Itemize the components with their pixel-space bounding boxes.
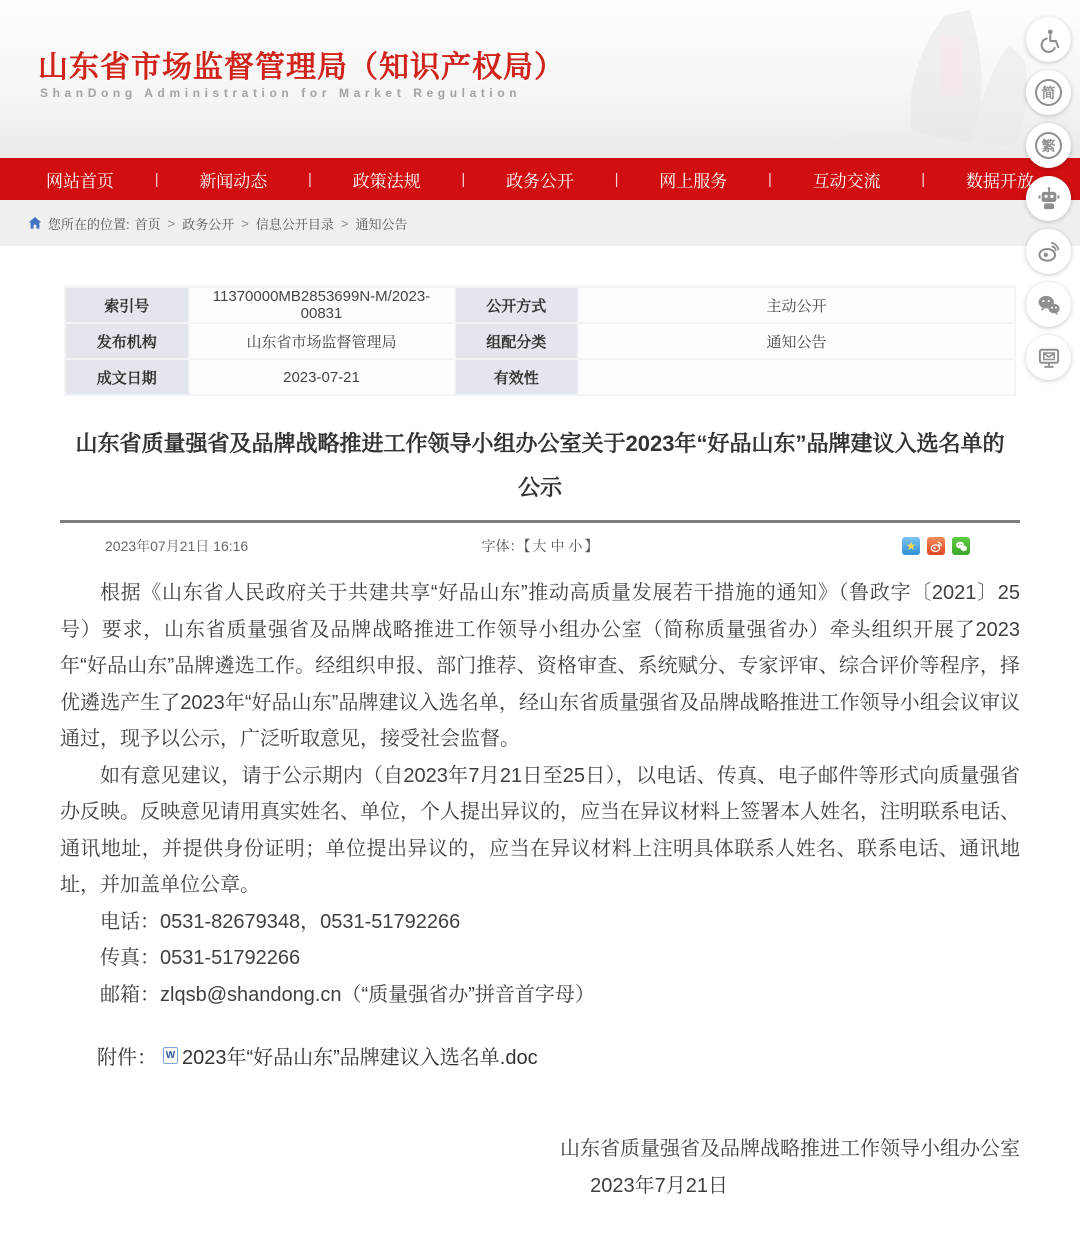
page-title: 山东省质量强省及品牌战略推进工作领导小组办公室关于2023年“好品山东”品牌建议… <box>60 422 1020 510</box>
info-value-index-no: 11370000MB2853699N-M/2023-00831 <box>189 287 455 323</box>
page-title-line2: 公示 <box>60 466 1020 510</box>
font-size-large-button[interactable]: 大 <box>533 538 547 554</box>
font-size-label: 字体： <box>482 538 524 554</box>
mail-feedback-button[interactable] <box>1026 335 1071 380</box>
info-label-issuer: 发布机构 <box>65 323 189 359</box>
bracket-right: 】 <box>585 538 599 554</box>
article-meta: 2023年07月21日 16:16 字体：【大中小】 ★ <box>60 523 1020 569</box>
contact-info: 电话：0531-82679348，0531-51792266 传真：0531-5… <box>60 904 1020 1014</box>
table-row: 成文日期 2023-07-21 有效性 <box>65 359 1015 395</box>
attachment-row: 附件： W 2023年“好品山东”品牌建议入选名单.doc <box>60 1041 1020 1070</box>
traditional-chinese-button[interactable]: 繁 <box>1026 123 1071 168</box>
breadcrumb-gov-open[interactable]: 政务公开 <box>182 214 234 233</box>
attachment-link[interactable]: 2023年“好品山东”品牌建议入选名单.doc <box>182 1041 538 1070</box>
contact-fax: 传真：0531-51792266 <box>60 940 1020 977</box>
star-icon: ★ <box>906 540 917 552</box>
weibo-link-button[interactable] <box>1026 229 1071 274</box>
info-value-issuer: 山东省市场监督管理局 <box>189 323 455 359</box>
content-area: 索引号 11370000MB2853699N-M/2023-00831 公开方式… <box>60 286 1020 1198</box>
breadcrumb-separator: > <box>241 216 249 231</box>
mountain-artwork <box>820 0 1040 150</box>
home-icon <box>28 216 42 230</box>
contact-phone: 电话：0531-82679348，0531-51792266 <box>60 904 1020 941</box>
article-body: 根据《山东省人民政府关于共建共享“好品山东”推动高质量发展若干措施的通知》（鲁政… <box>60 575 1020 1013</box>
paragraph-2: 如有意见建议，请于公示期内（自2023年7月21日至25日），以电话、传真、电子… <box>60 758 1020 904</box>
signature-block: 山东省质量强省及品牌战略推进工作领导小组办公室 2023年7月21日 <box>60 1132 1020 1198</box>
font-size-control: 字体：【大中小】 <box>60 523 1020 569</box>
font-size-medium-button[interactable]: 中 <box>551 538 565 554</box>
floating-toolbar: 简 繁 <box>1026 17 1071 380</box>
wheelchair-icon <box>1036 27 1062 53</box>
nav-item-interaction[interactable]: 互动交流 <box>813 167 881 192</box>
info-label-date: 成文日期 <box>65 359 189 395</box>
info-label-index-no: 索引号 <box>65 287 189 323</box>
info-label-category: 组配分类 <box>455 323 579 359</box>
paragraph-1: 根据《山东省人民政府关于共建共享“好品山东”推动高质量发展若干措施的通知》（鲁政… <box>60 575 1020 758</box>
info-label-open-method: 公开方式 <box>455 287 579 323</box>
word-doc-icon: W <box>163 1047 178 1064</box>
mail-monitor-icon <box>1036 345 1062 371</box>
nav-item-online-service[interactable]: 网上服务 <box>659 167 727 192</box>
site-logo-title: 山东省市场监督管理局（知识产权局） <box>38 42 565 86</box>
attachment-label: 附件： <box>97 1041 157 1070</box>
breadcrumb-notices[interactable]: 通知公告 <box>355 214 407 233</box>
weibo-icon <box>1036 239 1062 265</box>
accessibility-button[interactable] <box>1026 17 1071 62</box>
nav-separator: | <box>155 171 159 188</box>
info-value-validity <box>578 359 1015 395</box>
simplified-chinese-button[interactable]: 简 <box>1026 70 1071 115</box>
page-title-line1: 山东省质量强省及品牌战略推进工作领导小组办公室关于2023年“好品山东”品牌建议… <box>60 422 1020 466</box>
nav-item-gov-open[interactable]: 政务公开 <box>506 167 574 192</box>
simplified-chinese-icon: 简 <box>1035 79 1062 106</box>
breadcrumb-home[interactable]: 首页 <box>135 214 161 233</box>
nav-item-home[interactable]: 网站首页 <box>46 167 114 192</box>
table-row: 索引号 11370000MB2853699N-M/2023-00831 公开方式… <box>65 287 1015 323</box>
breadcrumb: 您所在的位置: 首页 > 政务公开 > 信息公开目录 > 通知公告 <box>0 200 1080 246</box>
info-value-date: 2023-07-21 <box>189 359 455 395</box>
nav-separator: | <box>461 171 465 188</box>
signature-org: 山东省质量强省及品牌战略推进工作领导小组办公室 <box>60 1132 1020 1161</box>
nav-item-news[interactable]: 新闻动态 <box>199 167 267 192</box>
breadcrumb-separator: > <box>341 216 349 231</box>
wechat-link-button[interactable] <box>1026 282 1071 327</box>
page: 山东省市场监督管理局（知识产权局） ShanDong Administratio… <box>0 0 1080 1238</box>
wechat-icon <box>1036 292 1062 318</box>
nav-item-policy[interactable]: 政策法规 <box>353 167 421 192</box>
font-size-small-button[interactable]: 小 <box>569 538 583 554</box>
site-header: 山东省市场监督管理局（知识产权局） ShanDong Administratio… <box>0 0 1080 158</box>
share-buttons: ★ <box>902 537 970 555</box>
weibo-icon <box>930 540 943 553</box>
breadcrumb-prefix: 您所在的位置: <box>48 214 130 233</box>
nav-separator: | <box>615 171 619 188</box>
chatbot-button[interactable] <box>1026 176 1071 221</box>
info-label-validity: 有效性 <box>455 359 579 395</box>
robot-icon <box>1036 186 1062 212</box>
nav-separator: | <box>768 171 772 188</box>
contact-email: 邮箱：zlqsb@shandong.cn（“质量强省办”拼音首字母） <box>60 977 1020 1014</box>
table-row: 发布机构 山东省市场监督管理局 组配分类 通知公告 <box>65 323 1015 359</box>
main-nav: 网站首页 | 新闻动态 | 政策法规 | 政务公开 | 网上服务 | 互动交流 … <box>0 158 1080 200</box>
nav-item-data-open[interactable]: 数据开放 <box>966 167 1034 192</box>
bracket-left: 【 <box>524 538 531 554</box>
info-value-open-method: 主动公开 <box>578 287 1015 323</box>
info-value-category: 通知公告 <box>578 323 1015 359</box>
wechat-icon <box>955 540 968 553</box>
nav-separator: | <box>921 171 925 188</box>
breadcrumb-info-catalog[interactable]: 信息公开目录 <box>256 214 334 233</box>
breadcrumb-separator: > <box>168 216 176 231</box>
share-weibo-button[interactable] <box>927 537 945 555</box>
document-info-table: 索引号 11370000MB2853699N-M/2023-00831 公开方式… <box>64 286 1016 396</box>
site-logo-subtitle: ShanDong Administration for Market Regul… <box>40 86 521 100</box>
nav-separator: | <box>308 171 312 188</box>
share-wechat-button[interactable] <box>952 537 970 555</box>
traditional-chinese-icon: 繁 <box>1035 132 1062 159</box>
signature-date: 2023年7月21日 <box>60 1169 1020 1198</box>
share-qzone-button[interactable]: ★ <box>902 537 920 555</box>
